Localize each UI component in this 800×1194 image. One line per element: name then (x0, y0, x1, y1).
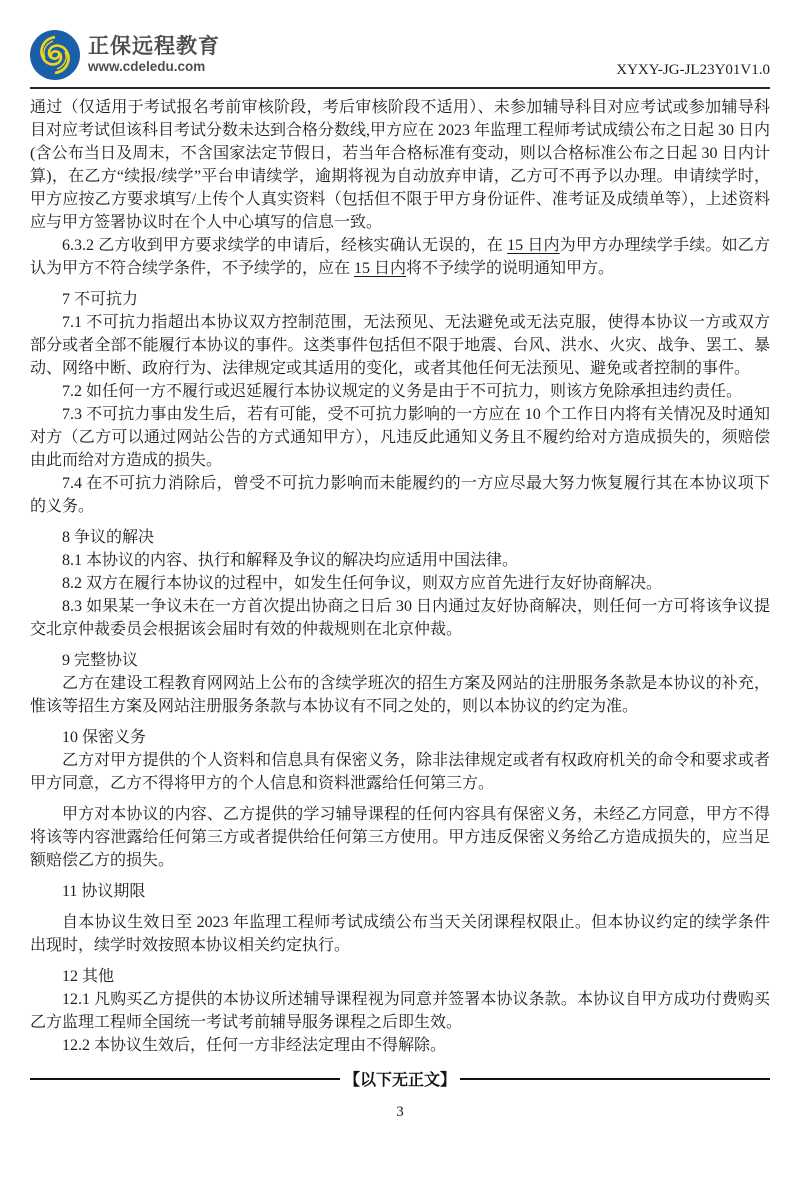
section-heading: 7 不可抗力 (30, 288, 770, 311)
brand: 正保远程教育 www.cdeledu.com (30, 30, 220, 80)
paragraph: 12.2 本协议生效后，任何一方非经法定理由不得解除。 (30, 1034, 770, 1057)
section-heading: 8 争议的解决 (30, 526, 770, 549)
brand-text: 正保远程教育 www.cdeledu.com (88, 36, 220, 74)
paragraph: 8.2 双方在履行本协议的过程中，如发生任何争议，则双方应首先进行友好协商解决。 (30, 572, 770, 595)
paragraph: 6.3.2 乙方收到甲方要求续学的申请后，经核实确认无误的，在 15 日内为甲方… (30, 234, 770, 280)
section-heading: 10 保密义务 (30, 726, 770, 749)
divider-dash-left (30, 1078, 340, 1080)
company-logo-icon (30, 30, 80, 80)
divider-dash-right (460, 1078, 770, 1080)
paragraph: 甲方对本协议的内容、乙方提供的学习辅导课程的任何内容具有保密义务，未经乙方同意，… (30, 803, 770, 872)
paragraph: 7.4 在不可抗力消除后，曾受不可抗力影响而未能履约的一方应尽最大努力恢复履行其… (30, 472, 770, 518)
brand-name: 正保远程教育 (88, 36, 220, 58)
end-of-text-divider: 【以下无正文】 (30, 1067, 770, 1090)
paragraph: 8.3 如果某一争议未在一方首次提出协商之日后 30 日内通过友好协商解决，则任… (30, 595, 770, 641)
paragraph: 通过（仅适用于考试报名考前审核阶段，考后审核阶段不适用）、未参加辅导科目对应考试… (30, 96, 770, 234)
paragraph: 8.1 本协议的内容、执行和解释及争议的解决均应适用中国法律。 (30, 549, 770, 572)
paragraph: 7.2 如任何一方不履行或迟延履行本协议规定的义务是由于不可抗力，则该方免除承担… (30, 380, 770, 403)
paragraph: 自本协议生效日至 2023 年监理工程师考试成绩公布当天关闭课程权限止。但本协议… (30, 911, 770, 957)
paragraph: 7.1 不可抗力指超出本协议双方控制范围，无法预见、无法避免或无法克服，使得本协… (30, 311, 770, 380)
page-number: 3 (30, 1104, 770, 1121)
page-header: 正保远程教育 www.cdeledu.com XYXY-JG-JL23Y01V1… (30, 0, 770, 89)
document-body: 通过（仅适用于考试报名考前审核阶段，考后审核阶段不适用）、未参加辅导科目对应考试… (30, 96, 770, 1057)
document-page: 正保远程教育 www.cdeledu.com XYXY-JG-JL23Y01V1… (0, 0, 800, 1194)
brand-url: www.cdeledu.com (88, 60, 220, 74)
section-heading: 12 其他 (30, 965, 770, 988)
paragraph: 7.3 不可抗力事由发生后，若有可能，受不可抗力影响的一方应在 10 个工作日内… (30, 403, 770, 472)
paragraph: 乙方在建设工程教育网网站上公布的含续学班次的招生方案及网站的注册服务条款是本协议… (30, 672, 770, 718)
paragraph: 12.1 凡购买乙方提供的本协议所述辅导课程视为同意并签署本协议条款。本协议自甲… (30, 988, 770, 1034)
section-heading: 9 完整协议 (30, 649, 770, 672)
document-code: XYXY-JG-JL23Y01V1.0 (616, 62, 770, 80)
end-of-text-label: 【以下无正文】 (344, 1067, 456, 1090)
paragraph: 乙方对甲方提供的个人资料和信息具有保密义务，除非法律规定或者有权政府机关的命令和… (30, 749, 770, 795)
section-heading: 11 协议期限 (30, 880, 770, 903)
